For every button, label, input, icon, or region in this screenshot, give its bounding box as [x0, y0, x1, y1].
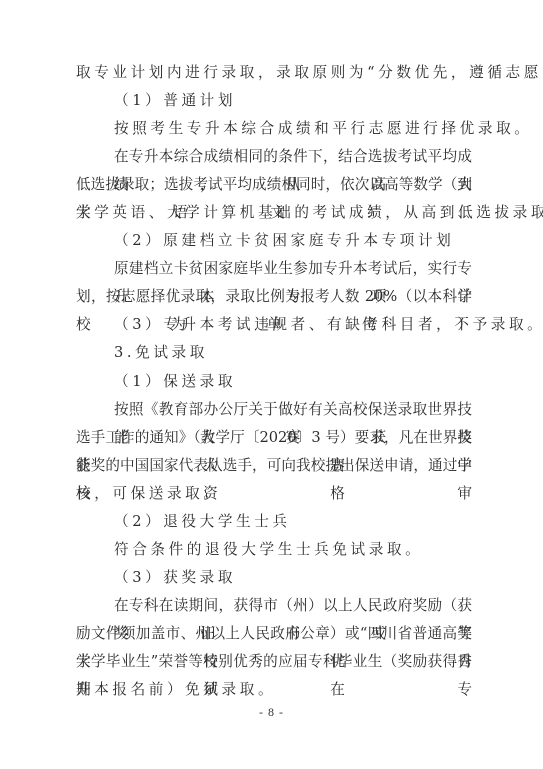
text-line: 获奖的中国国家代表队选手，可向我校提出保送申请，通过学校资格审 — [76, 452, 472, 480]
text-line: 符合条件的退役大学生士兵免试录取。 — [76, 536, 472, 564]
body-text: 取专业计划内进行录取，录取原则为“分数优先，遵循志愿”。 （1）普通计划 按照考… — [76, 59, 472, 704]
text-line: （3）专升本考试违规者、有缺考科目者，不予录取。 — [76, 311, 472, 339]
text-line: 取专业计划内进行录取，录取原则为“分数优先，遵循志愿”。 — [76, 59, 472, 87]
page-number: - 8 - — [0, 705, 543, 720]
text-line: （1）保送录取 — [76, 368, 472, 396]
text-line: （2）原建档立卡贫困家庭专升本专项计划 — [76, 227, 472, 255]
text-line: 低选拔录取；选拔考试平均成绩相同时，依次以高等数学（大学语文）、 — [76, 171, 472, 199]
text-line: 大学英语、大学计算机基础的考试成绩，从高到低选拔录取。 — [76, 199, 472, 227]
text-line: 按照考生专升本综合成绩和平行志愿进行择优录取。 — [76, 115, 472, 143]
text-line: （1）普通计划 — [76, 87, 472, 115]
text-line: 在专科在读期间，获得市（州）以上人民政府奖励（获奖证书或奖 — [76, 592, 472, 620]
document-page: 取专业计划内进行录取，录取原则为“分数优先，遵循志愿”。 （1）普通计划 按照考… — [0, 0, 543, 769]
text-line: 按照《教育部办公厅关于做好有关高校保送录取世界技能大赛获奖 — [76, 396, 472, 424]
text-line: 在专升本综合成绩相同的条件下，结合选拔考试平均成绩，从高到 — [76, 143, 472, 171]
text-line: 原建档立卡贫困家庭毕业生参加专升本考试后，实行专升本专项计 — [76, 255, 472, 283]
text-line: （2）退役大学生士兵 — [76, 508, 472, 536]
text-line: 3.免试录取 — [76, 339, 472, 367]
text-line: 划，按志愿择优录取，录取比例为报考人数 20%（以本科学校为单位） — [76, 283, 472, 311]
text-line: 大学毕业生”荣誉等特别优秀的应届专科毕业生（奖励获得日期须在专 — [76, 648, 472, 676]
text-line: 励文件须加盖市、州以上人民政府公章）或“四川省普通高等学校优秀 — [76, 620, 472, 648]
text-line: （3）获奖录取 — [76, 564, 472, 592]
text-line: 选手工作的通知》（教学厅〔2020〕3 号）要求，凡在世界技能大赛中 — [76, 424, 472, 452]
